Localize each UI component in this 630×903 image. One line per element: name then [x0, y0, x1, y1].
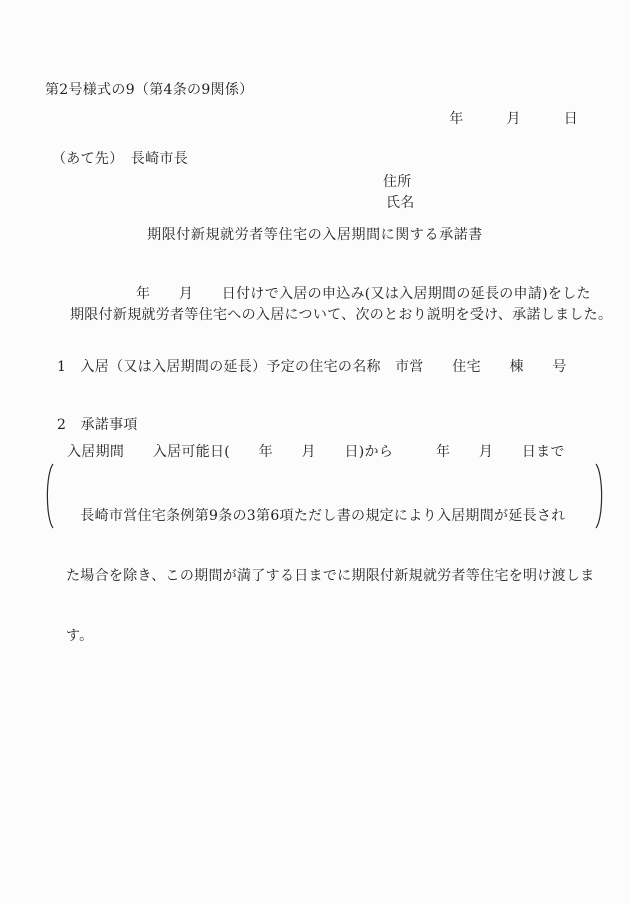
item2-heading: 2 承諾事項	[57, 415, 138, 435]
form-number: 第2号様式の9（第4条の9関係）	[45, 80, 253, 100]
body-paragraph-line2: 期限付新規就労者等住宅への入居について、次のとおり説明を受け、承諾しました。	[70, 305, 612, 325]
address-label: 住所	[383, 172, 412, 192]
note-line-2: た場合を除き、この期間が満了する日までに期限付新規就労者等住宅を明け渡しま	[66, 566, 594, 586]
date-line: 年 月 日	[0, 109, 630, 129]
note-block: 長崎市営住宅条例第9条の3第6項ただし書の規定により入居期間が延長され た場合を…	[66, 466, 594, 686]
left-parenthesis	[41, 463, 55, 529]
document-page: 第2号様式の9（第4条の9関係） 年 月 日 （あて先） 長崎市長 住所 氏名 …	[0, 0, 630, 903]
note-line-1: 長崎市営住宅条例第9条の3第6項ただし書の規定により入居期間が延長され	[66, 506, 594, 526]
document-title: 期限付新規就労者等住宅の入居期間に関する承諾書	[0, 225, 630, 245]
addressee-line: （あて先） 長崎市長	[52, 149, 188, 169]
right-parenthesis	[594, 463, 608, 529]
item1-housing-name: 1 入居（又は入居期間の延長）予定の住宅の名称 市営 住宅 棟 号	[57, 357, 567, 377]
note-line-3: す。	[66, 626, 594, 646]
body-paragraph-line1: 年 月 日付けで入居の申込み(又は入居期間の延長の申請)をした	[136, 284, 591, 304]
name-label: 氏名	[386, 193, 415, 213]
occupancy-period-line: 入居期間 入居可能日( 年 月 日)から 年 月 日まで	[67, 442, 565, 462]
